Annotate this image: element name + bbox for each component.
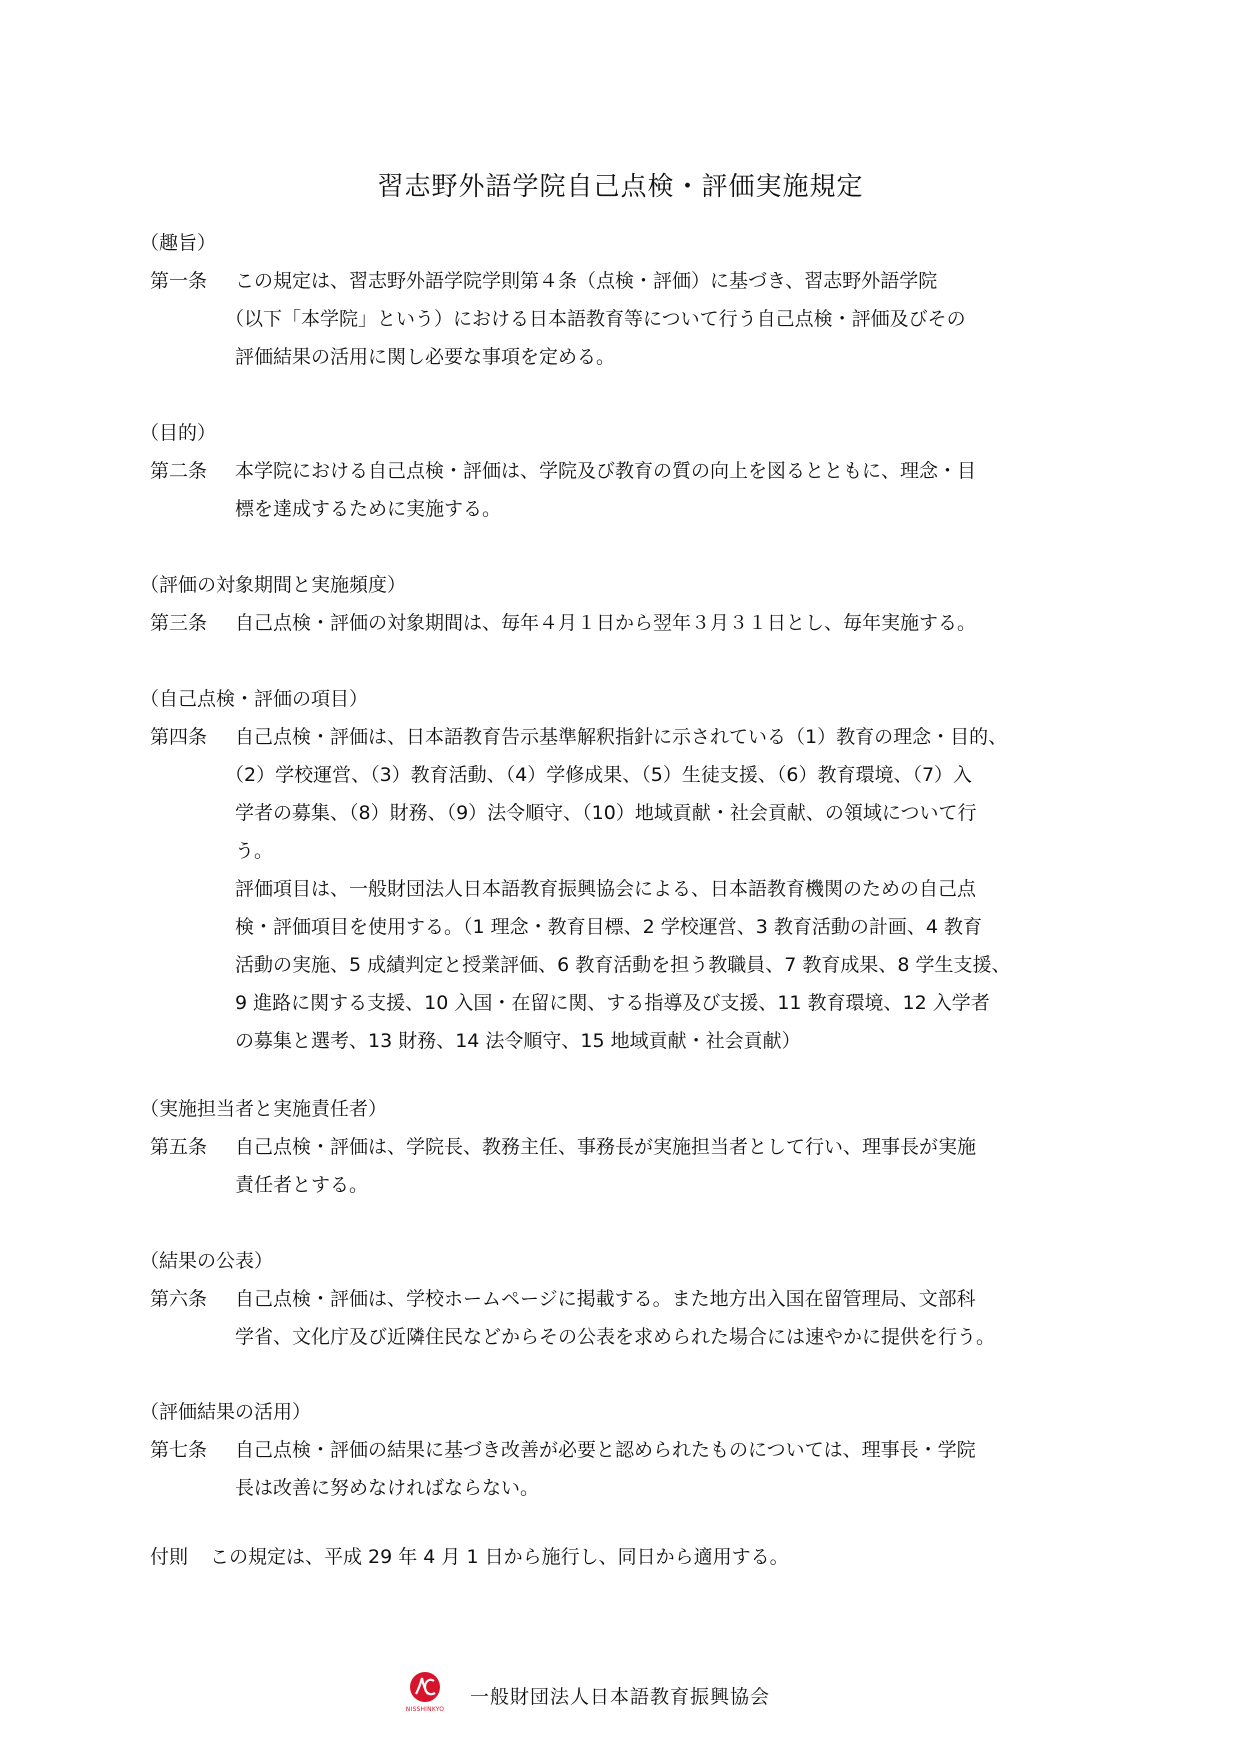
article-line: 評価項目は、一般財団法人日本語教育振興協会による、日本語教育機関のための自己点 [235, 874, 976, 901]
article-label: 第七条 [150, 1435, 230, 1462]
organization-name: 一般財団法人日本語教育振興協会 [470, 1682, 770, 1709]
document-page: 習志野外語学院自己点検・評価実施規定 （趣旨） 第一条 この規定は、習志野外語学… [0, 0, 1241, 1754]
article-7: 第七条 自己点検・評価の結果に基づき改善が必要と認められたものについては、理事長… [150, 1435, 1100, 1515]
article-line: この規定は、習志野外語学院学則第４条（点検・評価）に基づき、習志野外語学院 [235, 266, 937, 293]
article-line: 自己点検・評価の結果に基づき改善が必要と認められたものについては、理事長・学院 [235, 1435, 976, 1462]
article-label: 第六条 [150, 1284, 230, 1311]
article-line: 評価結果の活用に関し必要な事項を定める。 [235, 342, 615, 369]
section-heading-purport: （趣旨） [140, 228, 216, 255]
article-3: 第三条 自己点検・評価の対象期間は、毎年４月１日から翌年３月３１日とし、毎年実施… [150, 608, 1100, 648]
article-line: （2）学校運営、（3）教育活動、（4）学修成果、（5）生徒支援、（6）教育環境、… [225, 760, 972, 787]
article-line: 長は改善に努めなければならない。 [235, 1473, 539, 1500]
article-line: 活動の実施、5 成績判定と授業評価、6 教育活動を担う教職員、7 教育成果、8 … [235, 950, 1011, 977]
section-heading-responsible: （実施担当者と実施責任者） [140, 1094, 387, 1121]
article-line: の募集と選考、13 財務、14 法令順守、15 地域貢献・社会貢献） [235, 1026, 801, 1053]
section-heading-items: （自己点検・評価の項目） [140, 684, 368, 711]
article-line: 標を達成するために実施する。 [235, 494, 501, 521]
article-line: 責任者とする。 [235, 1170, 368, 1197]
article-line: 自己点検・評価は、学校ホームページに掲載する。また地方出入国在留管理局、文部科 [235, 1284, 976, 1311]
logo-text: NISSHINKYO [400, 1706, 450, 1713]
article-label: 第二条 [150, 456, 230, 483]
article-5: 第五条 自己点検・評価は、学院長、教務主任、事務長が実施担当者として行い、理事長… [150, 1132, 1100, 1212]
supplementary-provision: 付則 この規定は、平成 29 年 4 月 1 日から施行し、同日から適用する。 [150, 1542, 1100, 1582]
logo-circle [410, 1672, 440, 1702]
section-heading-objective: （目的） [140, 418, 216, 445]
article-1: 第一条 この規定は、習志野外語学院学則第４条（点検・評価）に基づき、習志野外語学… [150, 266, 1100, 376]
article-label: 第四条 [150, 722, 230, 749]
article-line: 自己点検・評価の対象期間は、毎年４月１日から翌年３月３１日とし、毎年実施する。 [235, 608, 976, 635]
article-label: 第三条 [150, 608, 230, 635]
section-heading-period: （評価の対象期間と実施頻度） [140, 570, 406, 597]
article-line: 9 進路に関する支援、10 入国・在留に関、する指導及び支援、11 教育環境、1… [235, 988, 990, 1015]
nisshinkyo-logo-icon: NISSHINKYO [400, 1670, 450, 1720]
section-heading-publication: （結果の公表） [140, 1246, 273, 1273]
section-heading-utilization: （評価結果の活用） [140, 1397, 311, 1424]
article-line: （以下「本学院」という）における日本語教育等について行う自己点検・評価及びその [225, 304, 966, 331]
logo-mark-icon [410, 1672, 440, 1702]
article-label: 第五条 [150, 1132, 230, 1159]
article-line: 学者の募集、（8）財務、（9）法令順守、（10）地域貢献・社会貢献、の領域につい… [235, 798, 976, 825]
article-4: 第四条 自己点検・評価は、日本語教育告示基準解釈指針に示されている（1）教育の理… [150, 722, 1100, 1062]
supplementary-text: この規定は、平成 29 年 4 月 1 日から施行し、同日から適用する。 [210, 1542, 789, 1569]
footer: NISSHINKYO 一般財団法人日本語教育振興協会 [400, 1670, 770, 1720]
article-label: 第一条 [150, 266, 230, 293]
article-line: 本学院における自己点検・評価は、学院及び教育の質の向上を図るとともに、理念・目 [235, 456, 976, 483]
article-line: 学省、文化庁及び近隣住民などからその公表を求められた場合には速やかに提供を行う。 [235, 1322, 995, 1349]
article-line: 検・評価項目を使用する。（1 理念・教育目標、2 学校運営、3 教育活動の計画、… [235, 912, 982, 939]
article-line: 自己点検・評価は、日本語教育告示基準解釈指針に示されている（1）教育の理念・目的… [235, 722, 1007, 749]
article-2: 第二条 本学院における自己点検・評価は、学院及び教育の質の向上を図るとともに、理… [150, 456, 1100, 536]
article-line: 自己点検・評価は、学院長、教務主任、事務長が実施担当者として行い、理事長が実施 [235, 1132, 976, 1159]
article-line: う。 [235, 836, 273, 863]
document-title: 習志野外語学院自己点検・評価実施規定 [0, 166, 1241, 203]
article-6: 第六条 自己点検・評価は、学校ホームページに掲載する。また地方出入国在留管理局、… [150, 1284, 1100, 1364]
